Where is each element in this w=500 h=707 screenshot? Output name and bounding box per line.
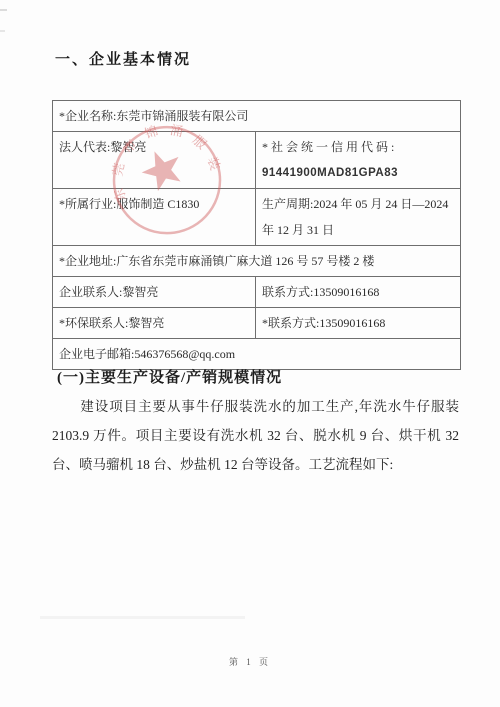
section-heading-equipment: (一)主要生产设备/产销规模情况 [57, 366, 282, 387]
credit-code-label: * 社 会 统 一 信 用 代 码 : [262, 134, 454, 160]
company-info-table: *企业名称:东莞市锦涌服装有限公司 法人代表:黎智亮 * 社 会 统 一 信 用… [52, 100, 461, 370]
contact-phone-cell: 联系方式:13509016168 [256, 277, 461, 308]
company-name-cell: *企业名称:东莞市锦涌服装有限公司 [53, 101, 461, 132]
scan-artifact [0, 30, 5, 32]
credit-code-cell: * 社 会 统 一 信 用 代 码 : 91441900MAD81GPA83 [256, 132, 461, 189]
production-period-cell: 生产周期:2024 年 05 月 24 日—2024 年 12 月 31 日 [256, 189, 461, 246]
scanned-document-page: 一、企业基本情况 *企业名称:东莞市锦涌服装有限公司 法人代表:黎智亮 * 社 … [0, 0, 500, 707]
project-description-paragraph: 建设项目主要从事牛仔服装洗水的加工生产,年洗水牛仔服装 2103.9 万件。项目… [52, 392, 459, 479]
company-email-cell: 企业电子邮箱:546376568@qq.com [53, 339, 461, 370]
page-number: 第 1 页 [0, 655, 500, 668]
contact-person-cell: 企业联系人:黎智亮 [53, 277, 256, 308]
company-address-cell: *企业地址:广东省东莞市麻涌镇广麻大道 126 号 57 号楼 2 楼 [53, 246, 461, 277]
scan-artifact [0, 9, 7, 11]
industry-cell: *所属行业:服饰制造 C1830 [53, 189, 256, 246]
credit-code-value: 91441900MAD81GPA83 [262, 160, 454, 186]
env-contact-person-cell: *环保联系人:黎智亮 [53, 308, 256, 339]
section-title-company-basics: 一、企业基本情况 [55, 48, 191, 69]
legal-representative-cell: 法人代表:黎智亮 [53, 132, 256, 189]
scan-artifact [40, 616, 245, 619]
env-contact-phone-cell: *联系方式:13509016168 [256, 308, 461, 339]
